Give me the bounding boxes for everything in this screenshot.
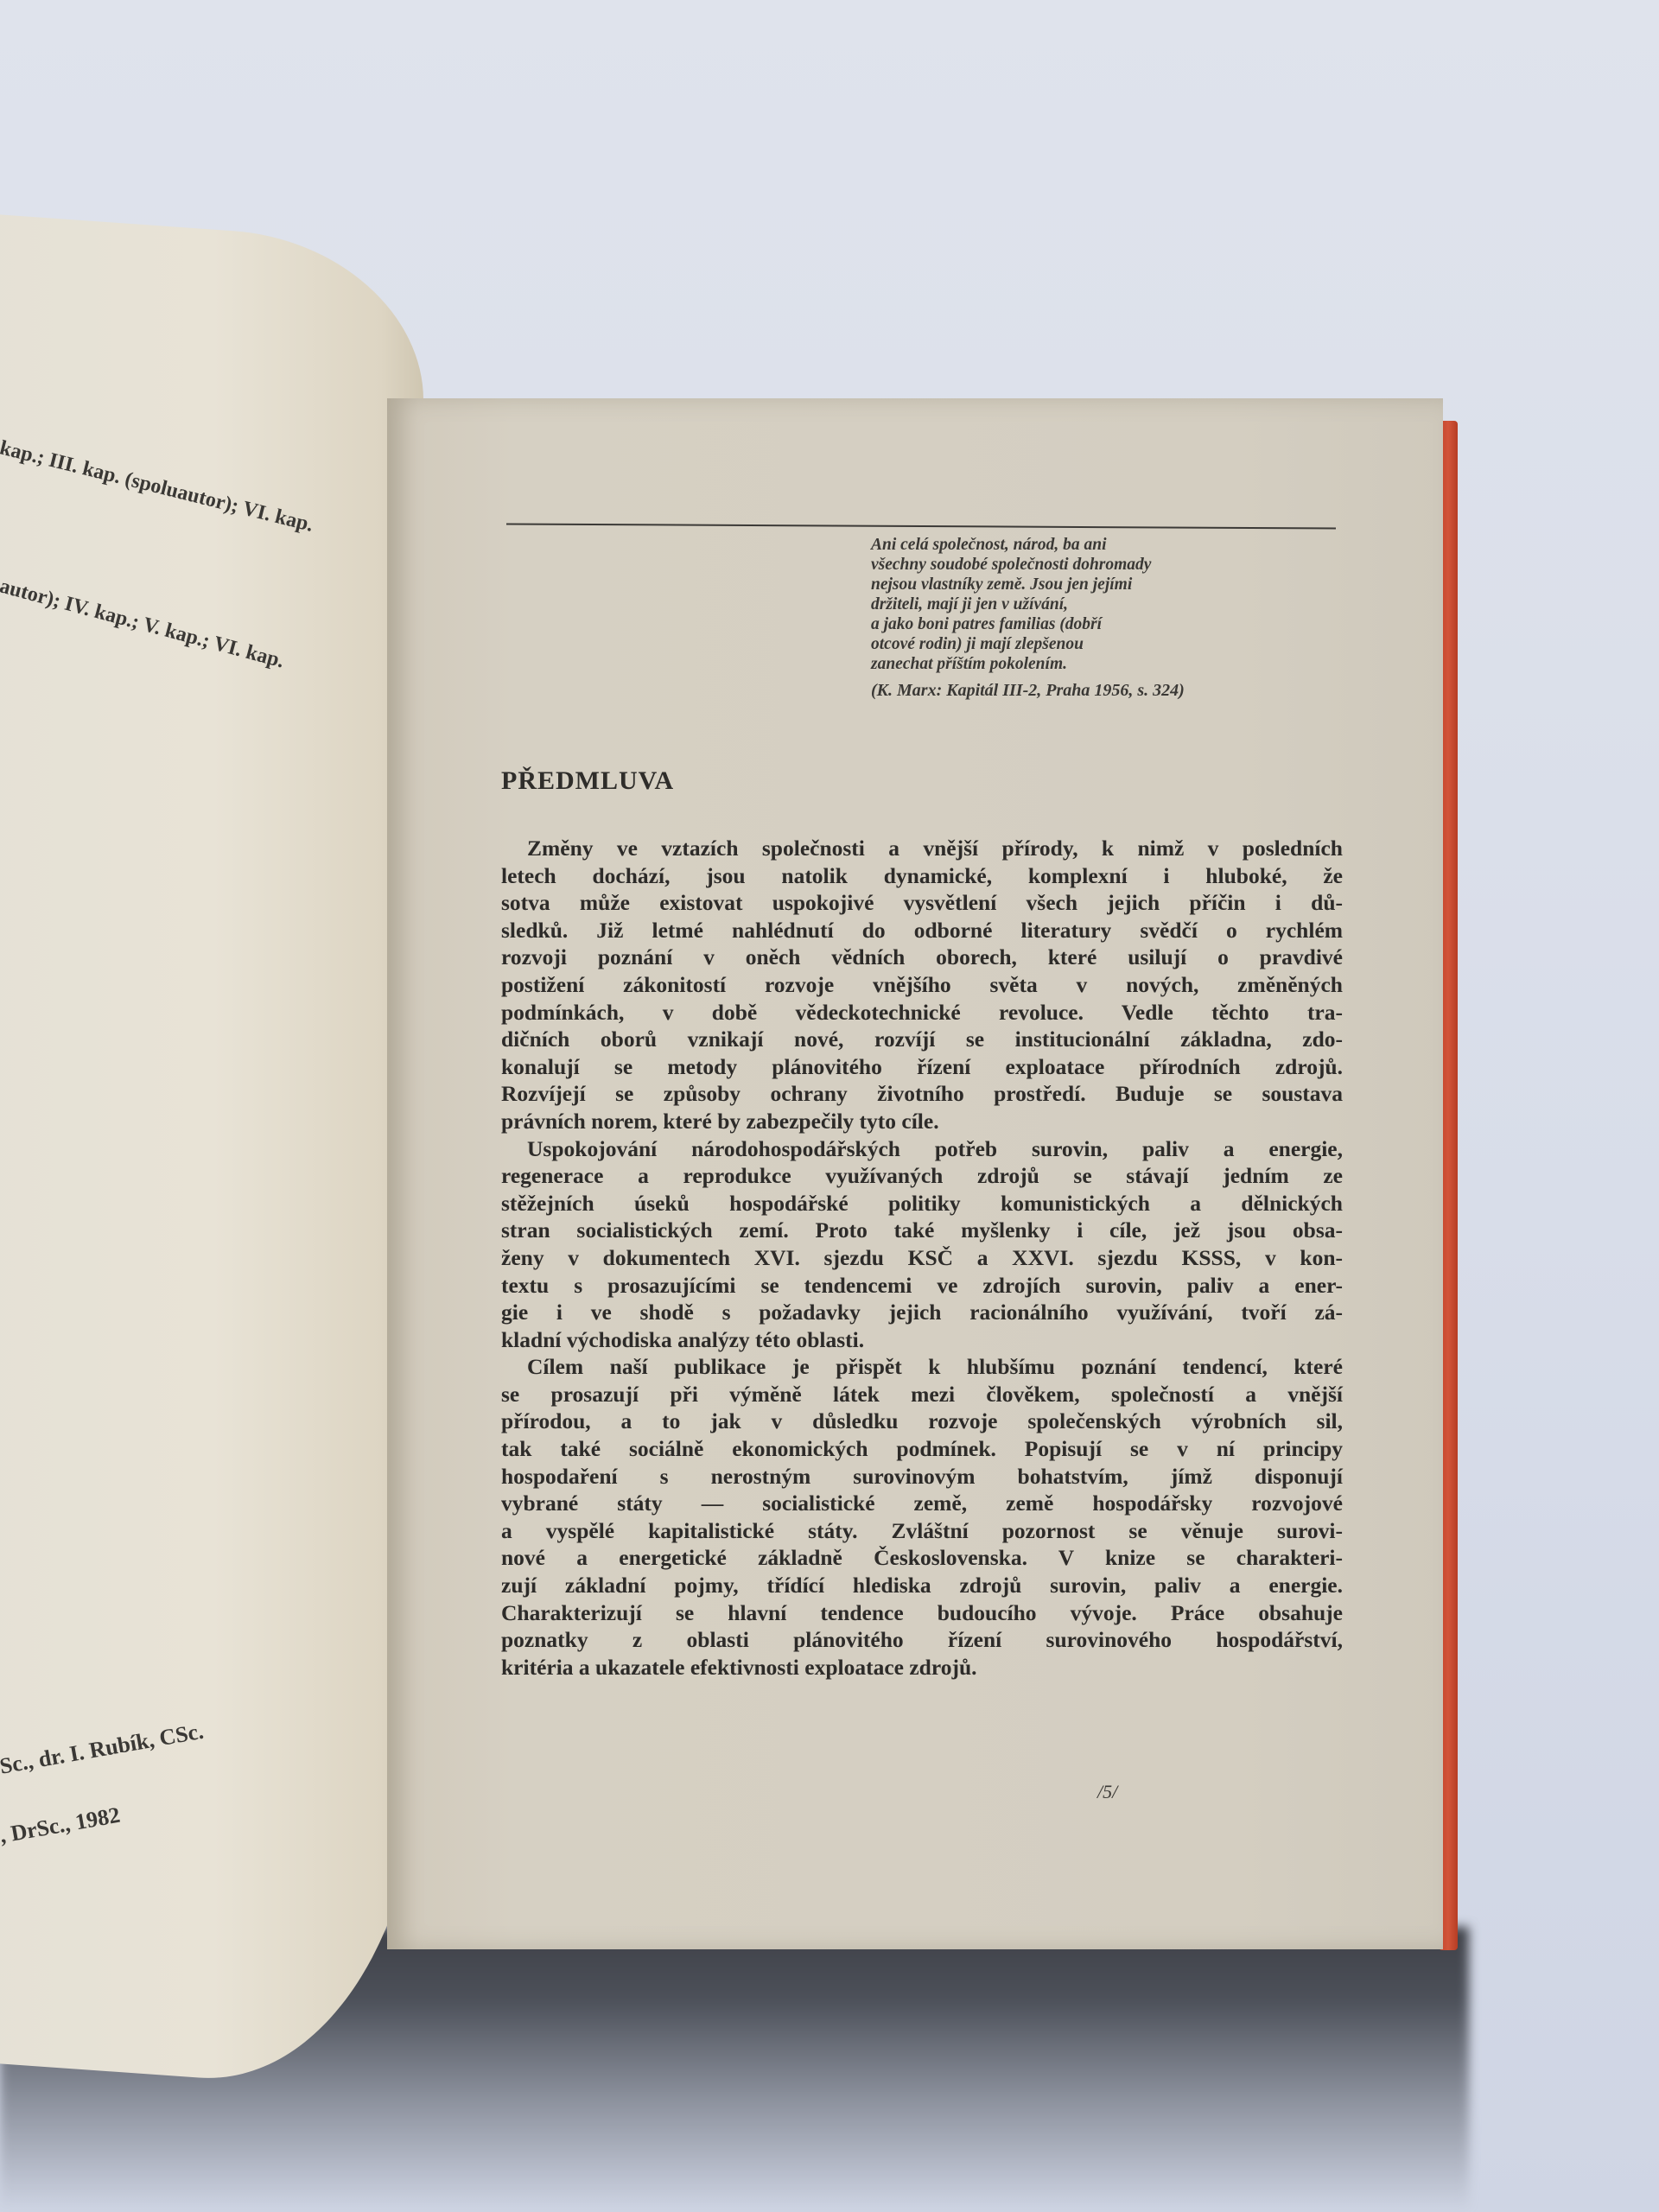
epigraph-line: všechny soudobé společnosti dohromady — [871, 555, 1338, 575]
text-line: letech dochází, jsou natolik dynamické, … — [501, 862, 1343, 890]
page-number: /5/ — [1097, 1781, 1117, 1803]
paragraph-3: Cílem naší publikace je přispět k hlubší… — [501, 1353, 1343, 1681]
text-line: Rozvíjejí se způsoby ochrany životního p… — [501, 1080, 1343, 1108]
epigraph-line: zanechat příštím pokolením. — [871, 654, 1338, 674]
text-line: tak také sociálně ekonomických podmínek.… — [501, 1435, 1343, 1463]
text-line: se prosazují při výměně látek mezi člově… — [501, 1381, 1343, 1408]
text-line: podmínkách, v době vědeckotechnické revo… — [501, 999, 1343, 1027]
text-line: Změny ve vztazích společnosti a vnější p… — [501, 835, 1343, 862]
text-line: stran socialistických zemí. Proto také m… — [501, 1217, 1343, 1244]
body-text: Změny ve vztazích společnosti a vnější p… — [501, 835, 1343, 1681]
text-line: sotva může existovat uspokojivé vysvětle… — [501, 889, 1343, 917]
text-line: kladní východiska analýzy této oblasti. — [501, 1326, 1343, 1354]
epigraph-source: (K. Marx: Kapitál III-2, Praha 1956, s. … — [871, 681, 1338, 701]
epigraph-line: a jako boni patres familias (dobří — [871, 614, 1338, 634]
text-line: stěžejních úseků hospodářské politiky ko… — [501, 1190, 1343, 1217]
epigraph-line: Ani celá společnost, národ, ba ani — [871, 535, 1338, 555]
text-line: textu s prosazujícími se tendencemi ve z… — [501, 1272, 1343, 1300]
text-line: postižení zákonitostí rozvoje vnějšího s… — [501, 971, 1343, 999]
epigraph-line: nejsou vlastníky země. Jsou jen jejími — [871, 575, 1338, 594]
text-line: zují základní pojmy, třídící hlediska zd… — [501, 1572, 1343, 1599]
header-rule — [506, 523, 1336, 529]
text-line: ženy v dokumentech XVI. sjezdu KSČ a XXV… — [501, 1244, 1343, 1272]
text-line: konalují se metody plánovitého řízení ex… — [501, 1053, 1343, 1081]
text-line: dičních oborů vznikají nové, rozvíjí se … — [501, 1026, 1343, 1053]
text-line: právních norem, které by zabezpečily tyt… — [501, 1108, 1343, 1135]
text-line: vybrané státy — socialistické země, země… — [501, 1490, 1343, 1517]
text-line: sledků. Již letmé nahlédnutí do odborné … — [501, 917, 1343, 944]
text-line: nové a energetické základně Českoslovens… — [501, 1544, 1343, 1572]
epigraph-line: otcové rodin) ji mají zlepšenou — [871, 634, 1338, 654]
text-line: Charakterizují se hlavní tendence budouc… — [501, 1599, 1343, 1627]
text-line: gie i ve shodě s požadavky jejich racion… — [501, 1299, 1343, 1326]
paragraph-1: Změny ve vztazích společnosti a vnější p… — [501, 835, 1343, 1135]
epigraph-line: držiteli, mají ji jen v užívání, — [871, 594, 1338, 614]
paragraph-2: Uspokojování národohospodářských potřeb … — [501, 1135, 1343, 1354]
text-line: rozvoji poznání v oněch vědních oborech,… — [501, 944, 1343, 971]
text-line: hospodaření s nerostným surovinovým boha… — [501, 1463, 1343, 1491]
text-line: a vyspělé kapitalistické státy. Zvláštní… — [501, 1517, 1343, 1545]
page-content: Ani celá společnost, národ, ba ani všech… — [499, 398, 1346, 1949]
epigraph: Ani celá společnost, národ, ba ani všech… — [871, 535, 1338, 701]
text-line: poznatky z oblasti plánovitého řízení su… — [501, 1626, 1343, 1654]
text-line: Uspokojování národohospodářských potřeb … — [501, 1135, 1343, 1163]
right-page: Ani celá společnost, národ, ba ani všech… — [387, 398, 1443, 1949]
text-line: regenerace a reprodukce využívaných zdro… — [501, 1162, 1343, 1190]
text-line: kritéria a ukazatele efektivnosti exploa… — [501, 1654, 1343, 1681]
text-line: přírodou, a to jak v důsledku rozvoje sp… — [501, 1408, 1343, 1435]
chapter-title: PŘEDMLUVA — [501, 766, 674, 796]
text-line: Cílem naší publikace je přispět k hlubší… — [501, 1353, 1343, 1381]
